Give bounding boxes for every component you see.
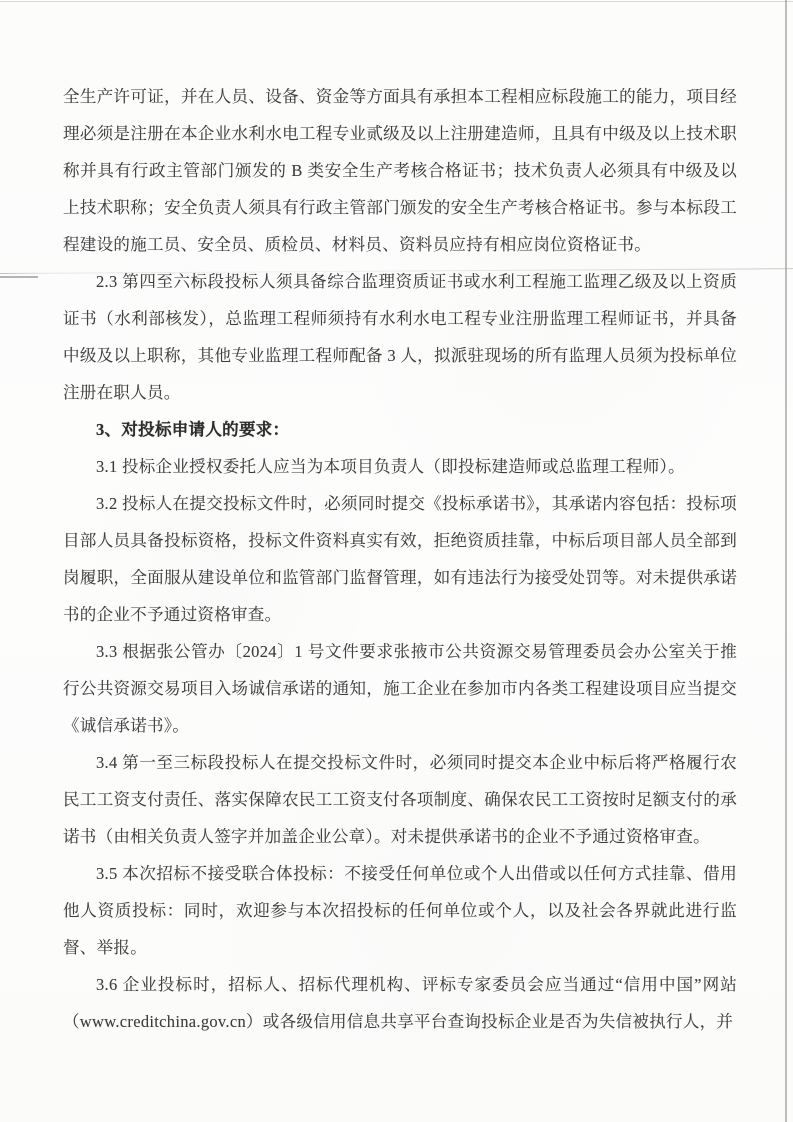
paragraph-clause-3-2: 3.2 投标人在提交投标文件时，必须同时提交《投标承诺书》，其承诺内容包括：投标… bbox=[63, 485, 737, 633]
text-block: 全生产许可证，并在人员、设备、资金等方面具有承担本工程相应标段施工的能力，项目经… bbox=[63, 78, 737, 1040]
paragraph-clause-2-3: 2.3 第四至六标段投标人须具备综合监理资质证书或水利工程施工监理乙级及以上资质… bbox=[63, 263, 737, 411]
paragraph-clause-3-4: 3.4 第一至三标段投标人在提交投标文件时，必须同时提交本企业中标后将严格履行农… bbox=[63, 744, 737, 855]
document-page: 全生产许可证，并在人员、设备、资金等方面具有承担本工程相应标段施工的能力，项目经… bbox=[0, 0, 793, 1122]
scan-edge-top-line bbox=[0, 1, 793, 2]
paragraph-clause-3-5: 3.5 本次招标不接受联合体投标：不接受任何单位或个人出借或以任何方式挂靠、借用… bbox=[63, 855, 737, 966]
scan-artifact-left-mark bbox=[0, 276, 38, 278]
paragraph-clause-3-3: 3.3 根据张公管办〔2024〕1 号文件要求张掖市公共资源交易管理委员会办公室… bbox=[63, 633, 737, 744]
paragraph-clause-3-1: 3.1 投标企业授权委托人应当为本项目负责人（即投标建造师或总监理工程师）。 bbox=[63, 448, 737, 485]
paragraph-continuation: 全生产许可证，并在人员、设备、资金等方面具有承担本工程相应标段施工的能力，项目经… bbox=[63, 78, 737, 263]
scan-edge-right-line bbox=[785, 0, 787, 1122]
paragraph-clause-3-6: 3.6 企业投标时，招标人、招标代理机构、评标专家委员会应当通过“信用中国”网站… bbox=[63, 966, 737, 1040]
section-heading-3: 3、对投标申请人的要求： bbox=[63, 411, 737, 448]
